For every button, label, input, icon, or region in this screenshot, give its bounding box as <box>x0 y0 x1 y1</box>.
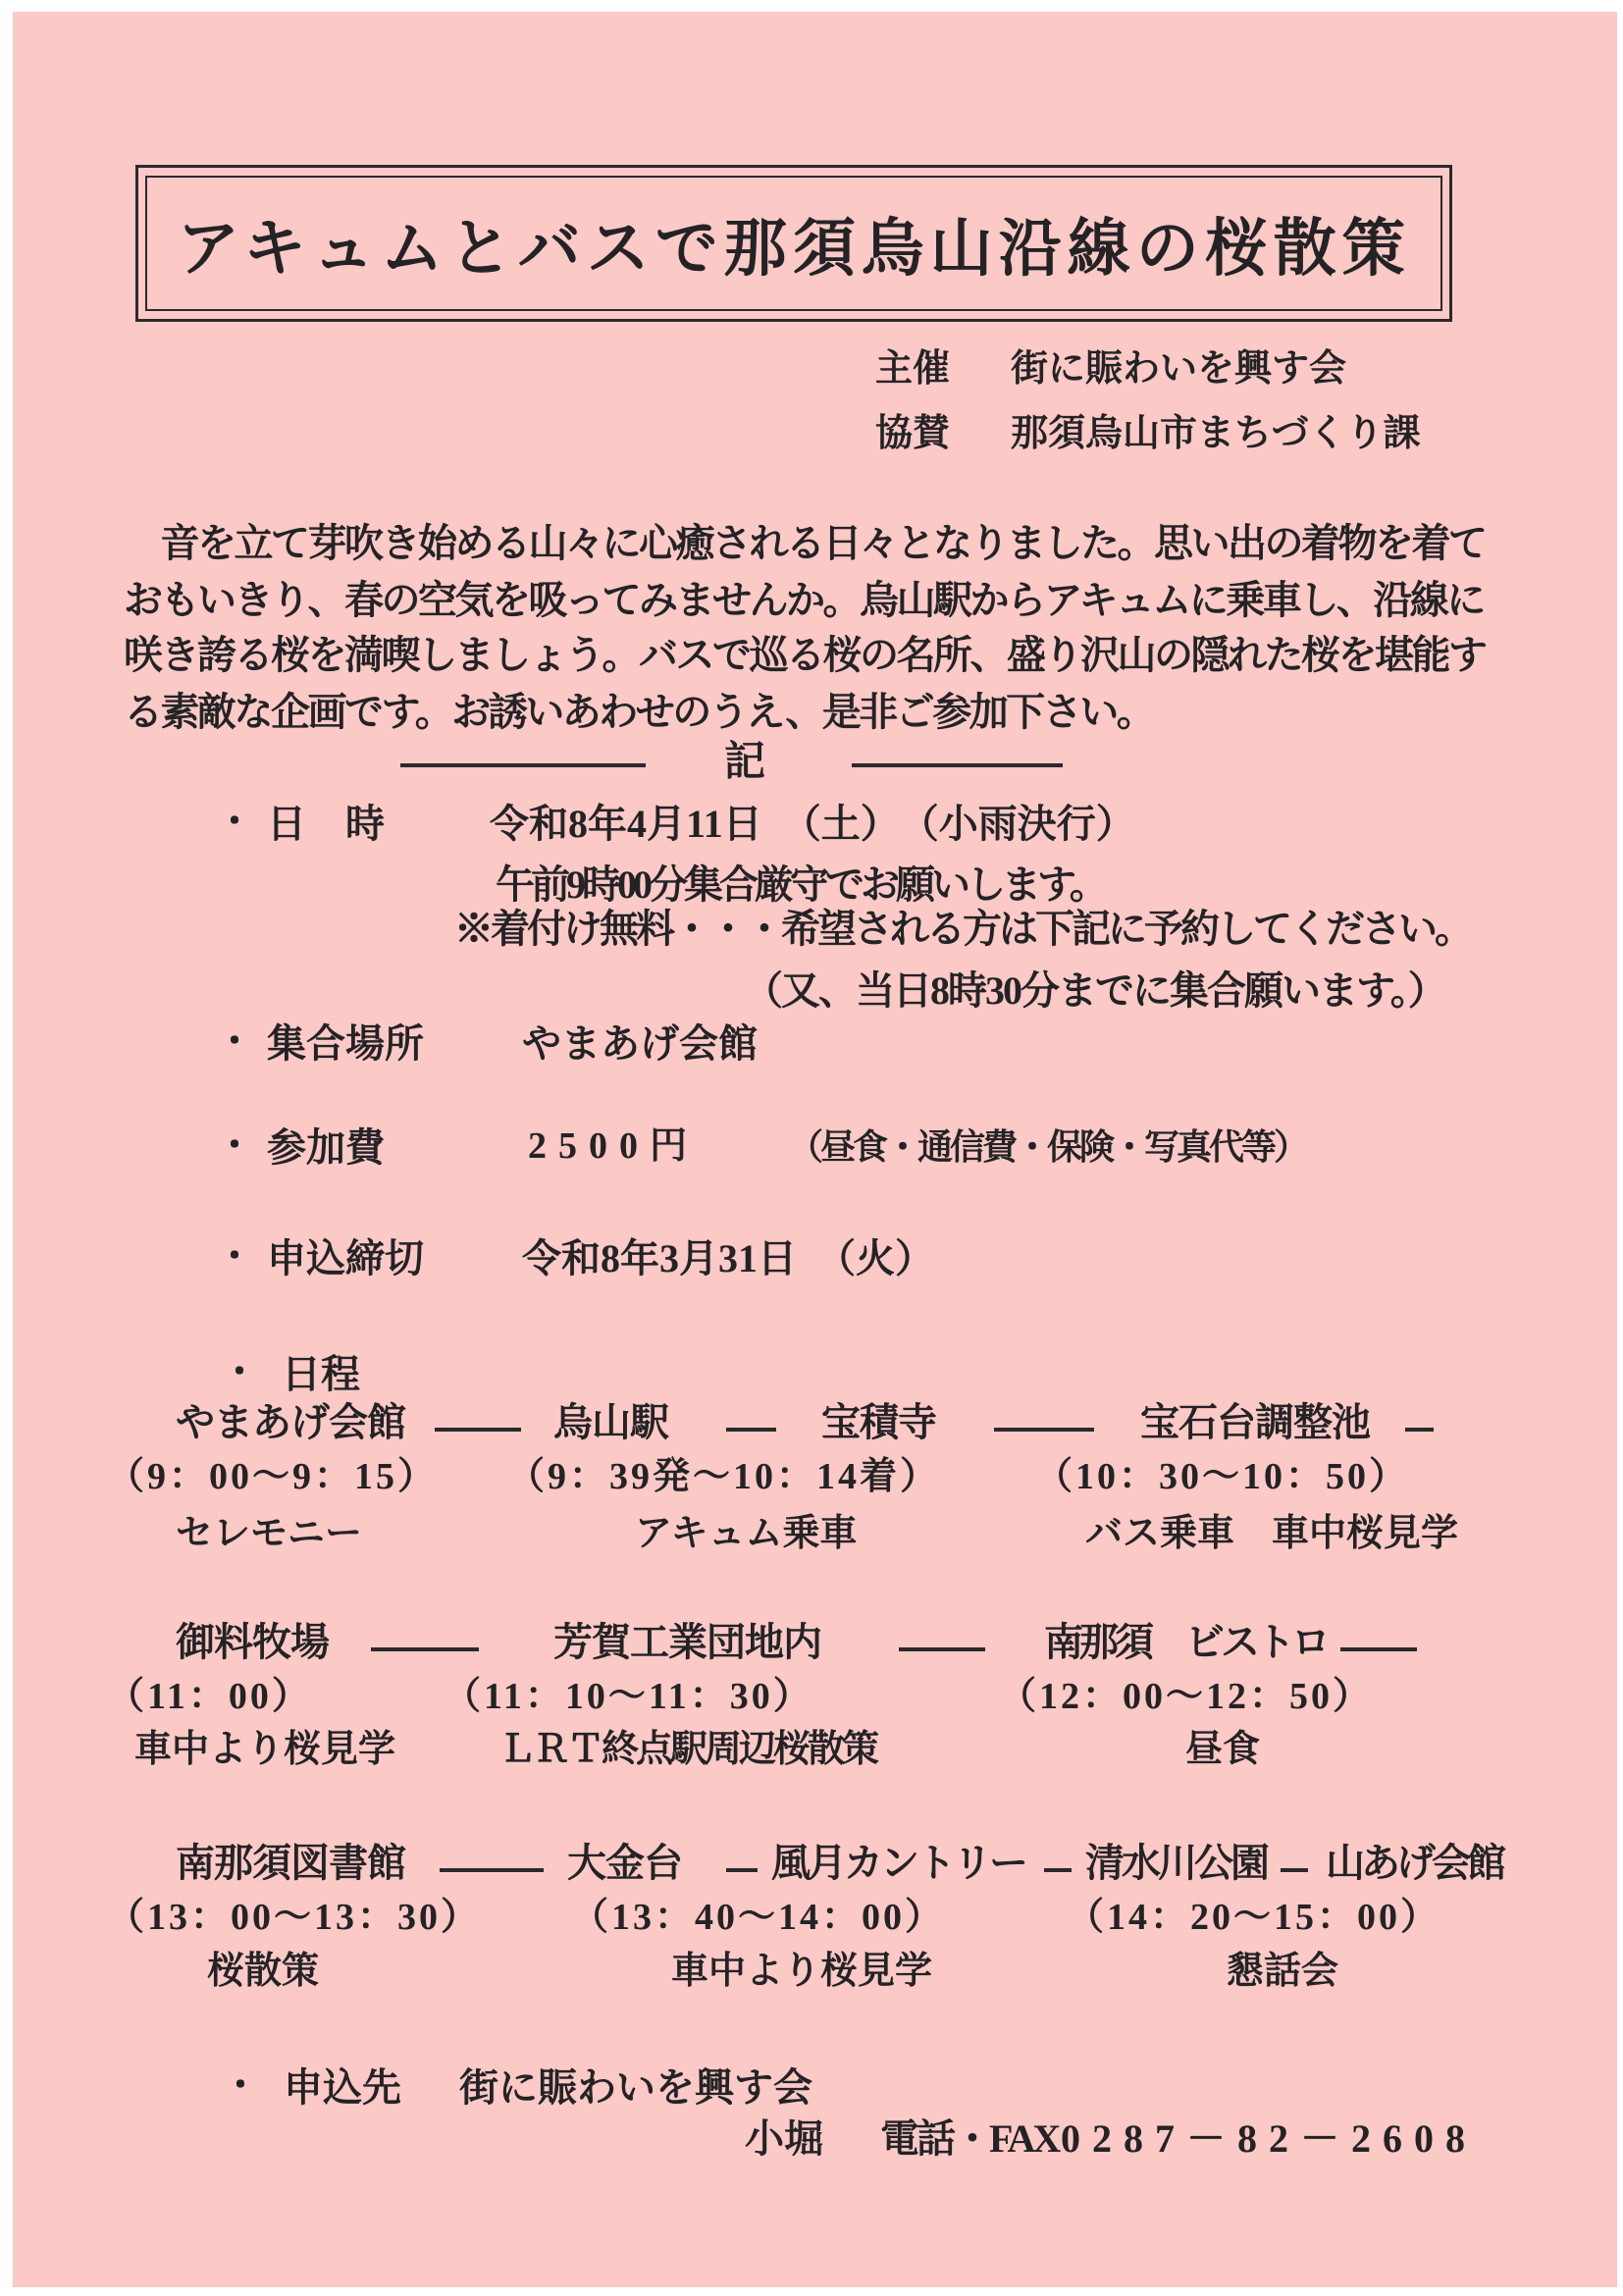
route-line <box>1405 1428 1434 1432</box>
schedule-activity: 桜散策 <box>207 1952 319 1993</box>
datetime-note-kimono: ※着付け無料・・・希望される方は下記に予約してください。 <box>454 908 1471 951</box>
schedule-time: （11：00） <box>107 1677 312 1718</box>
schedule-stop: 宝積寺 <box>821 1401 936 1444</box>
schedule-activity: ＬＲＴ終点駅周辺桜散策 <box>498 1730 876 1771</box>
organizer-label: 主催 <box>875 349 950 391</box>
intro-line-2: おもいきり、春の空気を吸ってみませんか。烏山駅からアキュムに乗車し、沿線に <box>124 579 1484 622</box>
route-line <box>899 1647 985 1651</box>
schedule-stop: 風月カントリー <box>771 1842 1025 1885</box>
schedule-time: （9：00～9：15） <box>107 1457 438 1498</box>
schedule-activity: バス乗車 車中桜見学 <box>1085 1514 1458 1555</box>
datetime-note-early: （又、当日8時30分までに集合願います。） <box>744 969 1445 1013</box>
bullet-datetime: ・ <box>216 803 253 844</box>
schedule-activity: セレモニー <box>176 1514 362 1555</box>
bullet-deadline: ・ <box>216 1237 253 1278</box>
supporter-value: 那須烏山市まちづくり課 <box>1011 414 1421 455</box>
schedule-time: （13：40～14：00） <box>571 1898 945 1939</box>
contact-phone-number: 0287－82－2608 <box>1061 2117 1477 2161</box>
schedule-activity: 昼食 <box>1185 1730 1260 1771</box>
record-divider-right-line <box>852 763 1063 767</box>
title-box: アキュムとバスで那須烏山沿線の桜散策 <box>135 165 1452 322</box>
fee-label: 参加費 <box>267 1126 385 1170</box>
schedule-time: （12：00～12：50） <box>999 1677 1373 1718</box>
route-line <box>994 1428 1094 1432</box>
apply-value: 街に賑わいを興す会 <box>459 2066 812 2110</box>
record-marker: 記 <box>724 740 765 785</box>
schedule-activity: 車中より桜見学 <box>671 1952 932 1993</box>
datetime-label: 日 時 <box>267 803 385 846</box>
intro-line-3: 咲き誇る桜を満喫しましょう。バスで巡る桜の名所、盛り沢山の隠れた桜を堪能す <box>124 634 1486 677</box>
route-line <box>1340 1647 1417 1651</box>
deadline-label: 申込締切 <box>267 1237 424 1280</box>
schedule-activity: アキュム乗車 <box>635 1514 857 1555</box>
route-line <box>371 1647 479 1651</box>
schedule-stop: 芳賀工業団地内 <box>553 1621 821 1664</box>
schedule-stop: 御料牧場 <box>176 1621 329 1664</box>
meeting-value: やまあげ会館 <box>522 1022 758 1066</box>
schedule-stop: やまあげ会館 <box>176 1401 405 1444</box>
route-line <box>1044 1868 1072 1872</box>
schedule-stop: 南那須図書館 <box>176 1842 405 1885</box>
schedule-label: 日程 <box>282 1353 360 1396</box>
fee-note: （昼食・通信費・保険・写真代等） <box>788 1128 1306 1168</box>
schedule-time: （13：00～13：30） <box>107 1898 481 1939</box>
schedule-time: （9：39発～10：14着） <box>507 1457 940 1498</box>
supporter-label: 協賛 <box>875 414 950 455</box>
flyer-page: アキュムとバスで那須烏山沿線の桜散策 主催 街に賑わいを興す会 協賛 那須烏山市… <box>0 0 1623 2296</box>
schedule-stop: 宝石台調整池 <box>1140 1401 1370 1444</box>
schedule-stop: 清水川公園 <box>1085 1842 1267 1885</box>
route-line <box>726 1868 758 1872</box>
record-divider-left-line <box>400 763 646 767</box>
schedule-stop: 大金台 <box>567 1842 682 1885</box>
organizer-value: 街に賑わいを興す会 <box>1011 349 1346 391</box>
schedule-activity: 懇話会 <box>1227 1952 1338 1993</box>
apply-label: 申込先 <box>284 2066 401 2110</box>
route-line <box>435 1428 521 1432</box>
route-line <box>726 1428 776 1432</box>
schedule-stop: 山あげ会館 <box>1326 1842 1502 1885</box>
schedule-time: （10：30～10：50） <box>1035 1457 1409 1498</box>
page-title: アキュムとバスで那須烏山沿線の桜散策 <box>177 198 1410 288</box>
datetime-note-assembly: 午前9時00分集合厳守でお願いします。 <box>496 863 1105 907</box>
bullet-apply: ・ <box>222 2066 259 2108</box>
route-line <box>1281 1868 1308 1872</box>
deadline-value: 令和8年3月31日 （火） <box>522 1237 934 1280</box>
meeting-label: 集合場所 <box>267 1022 424 1066</box>
bullet-schedule: ・ <box>221 1353 258 1394</box>
schedule-time: （14：20～15：00） <box>1067 1898 1440 1939</box>
datetime-value: 令和8年4月11日 （土） （小雨決行） <box>490 803 1135 846</box>
route-line <box>440 1868 544 1872</box>
schedule-activity: 車中より桜見学 <box>134 1730 395 1771</box>
intro-line-4: る素敵な企画です。お誘いあわせのうえ、是非ご参加下さい。 <box>124 691 1153 734</box>
title-box-inner-border: アキュムとバスで那須烏山沿線の桜散策 <box>145 176 1442 311</box>
schedule-stop: 烏山駅 <box>553 1401 668 1444</box>
contact-phone-label: 電話・FAX <box>880 2117 1058 2161</box>
bullet-fee: ・ <box>216 1126 253 1168</box>
fee-value: 2500円 <box>528 1126 699 1168</box>
schedule-stop: 南那須 ビストロ <box>1044 1621 1327 1664</box>
contact-name: 小堀 <box>745 2117 823 2161</box>
intro-line-1: 音を立て芽吹き始める山々に心癒される日々となりました。思い出の着物を着て <box>124 522 1486 565</box>
schedule-time: （11：10～11：30） <box>444 1677 813 1718</box>
bullet-meeting: ・ <box>216 1022 253 1064</box>
